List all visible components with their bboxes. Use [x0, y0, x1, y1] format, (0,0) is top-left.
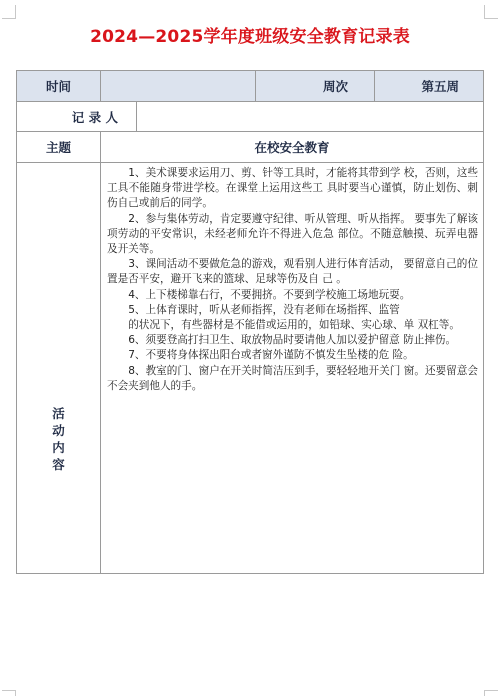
- time-value-cell[interactable]: [101, 71, 256, 102]
- topic-row: 主题 在校安全教育: [17, 132, 484, 163]
- recorder-value-cell[interactable]: [137, 102, 484, 132]
- week-label: 周次: [256, 71, 375, 102]
- activity-item-3: 3、课间活动不要做危急的游戏，观看别人进行体育活动， 要留意自己的位置是否平安，…: [107, 257, 478, 287]
- document-title: 2024—2025学年度班级安全教育记录表: [0, 22, 500, 47]
- recorder-label: 记 录 人: [17, 102, 137, 132]
- page-corner-mark-bottom-right: [484, 690, 498, 696]
- page-corner-mark-top-right: [484, 5, 498, 19]
- activity-row: 活 动 内 容 1、美术课要求运用刀、剪、针等工具时，才能将其带到学 校，否则，…: [17, 163, 484, 574]
- activity-label: 活 动 内 容: [52, 405, 66, 473]
- activity-item-4: 4、上下楼梯靠右行，不要拥挤。不要到学校施工场地玩耍。: [107, 288, 478, 303]
- activity-item-5: 5、上体育课时，听从老师指挥，没有老师在场指挥、监管: [107, 303, 478, 318]
- activity-item-2: 2、参与集体劳动，肯定要遵守纪律、听从管理、听从指挥。 要事先了解该项劳动的平安…: [107, 212, 478, 258]
- activity-item-6: 6、须要登高打扫卫生、取放物品时要请他人加以爱护留意 防止摔伤。: [107, 333, 478, 348]
- page-corner-mark-top-left: [2, 5, 16, 19]
- topic-value[interactable]: 在校安全教育: [101, 132, 484, 163]
- safety-record-table: 时间 周次 第五周 记 录 人 主题 在校安全教育 活 动 内 容 1、美术课要…: [16, 70, 484, 574]
- topic-label: 主题: [17, 132, 101, 163]
- time-row: 时间 周次 第五周: [17, 71, 484, 102]
- week-value[interactable]: 第五周: [375, 71, 484, 102]
- activity-item-5-continued: 的状况下，有些器材是不能借或运用的，如铅球、实心球、单 双杠等。: [107, 318, 478, 333]
- activity-item-8: 8、教室的门、窗户在开关时简洁压到手，要轻轻地开关门 窗。还要留意会不会夹到他人…: [107, 364, 478, 394]
- activity-label-cell: 活 动 内 容: [17, 163, 101, 574]
- page-corner-mark-bottom-left: [2, 690, 16, 696]
- activity-content-cell[interactable]: 1、美术课要求运用刀、剪、针等工具时，才能将其带到学 校，否则，这些工具不能随身…: [101, 163, 484, 574]
- recorder-row: 记 录 人: [17, 102, 484, 132]
- time-label: 时间: [17, 71, 101, 102]
- activity-item-7: 7、不要将身体探出阳台或者窗外谨防不慎发生坠楼的危 险。: [107, 348, 478, 363]
- activity-item-1: 1、美术课要求运用刀、剪、针等工具时，才能将其带到学 校，否则，这些工具不能随身…: [107, 166, 478, 212]
